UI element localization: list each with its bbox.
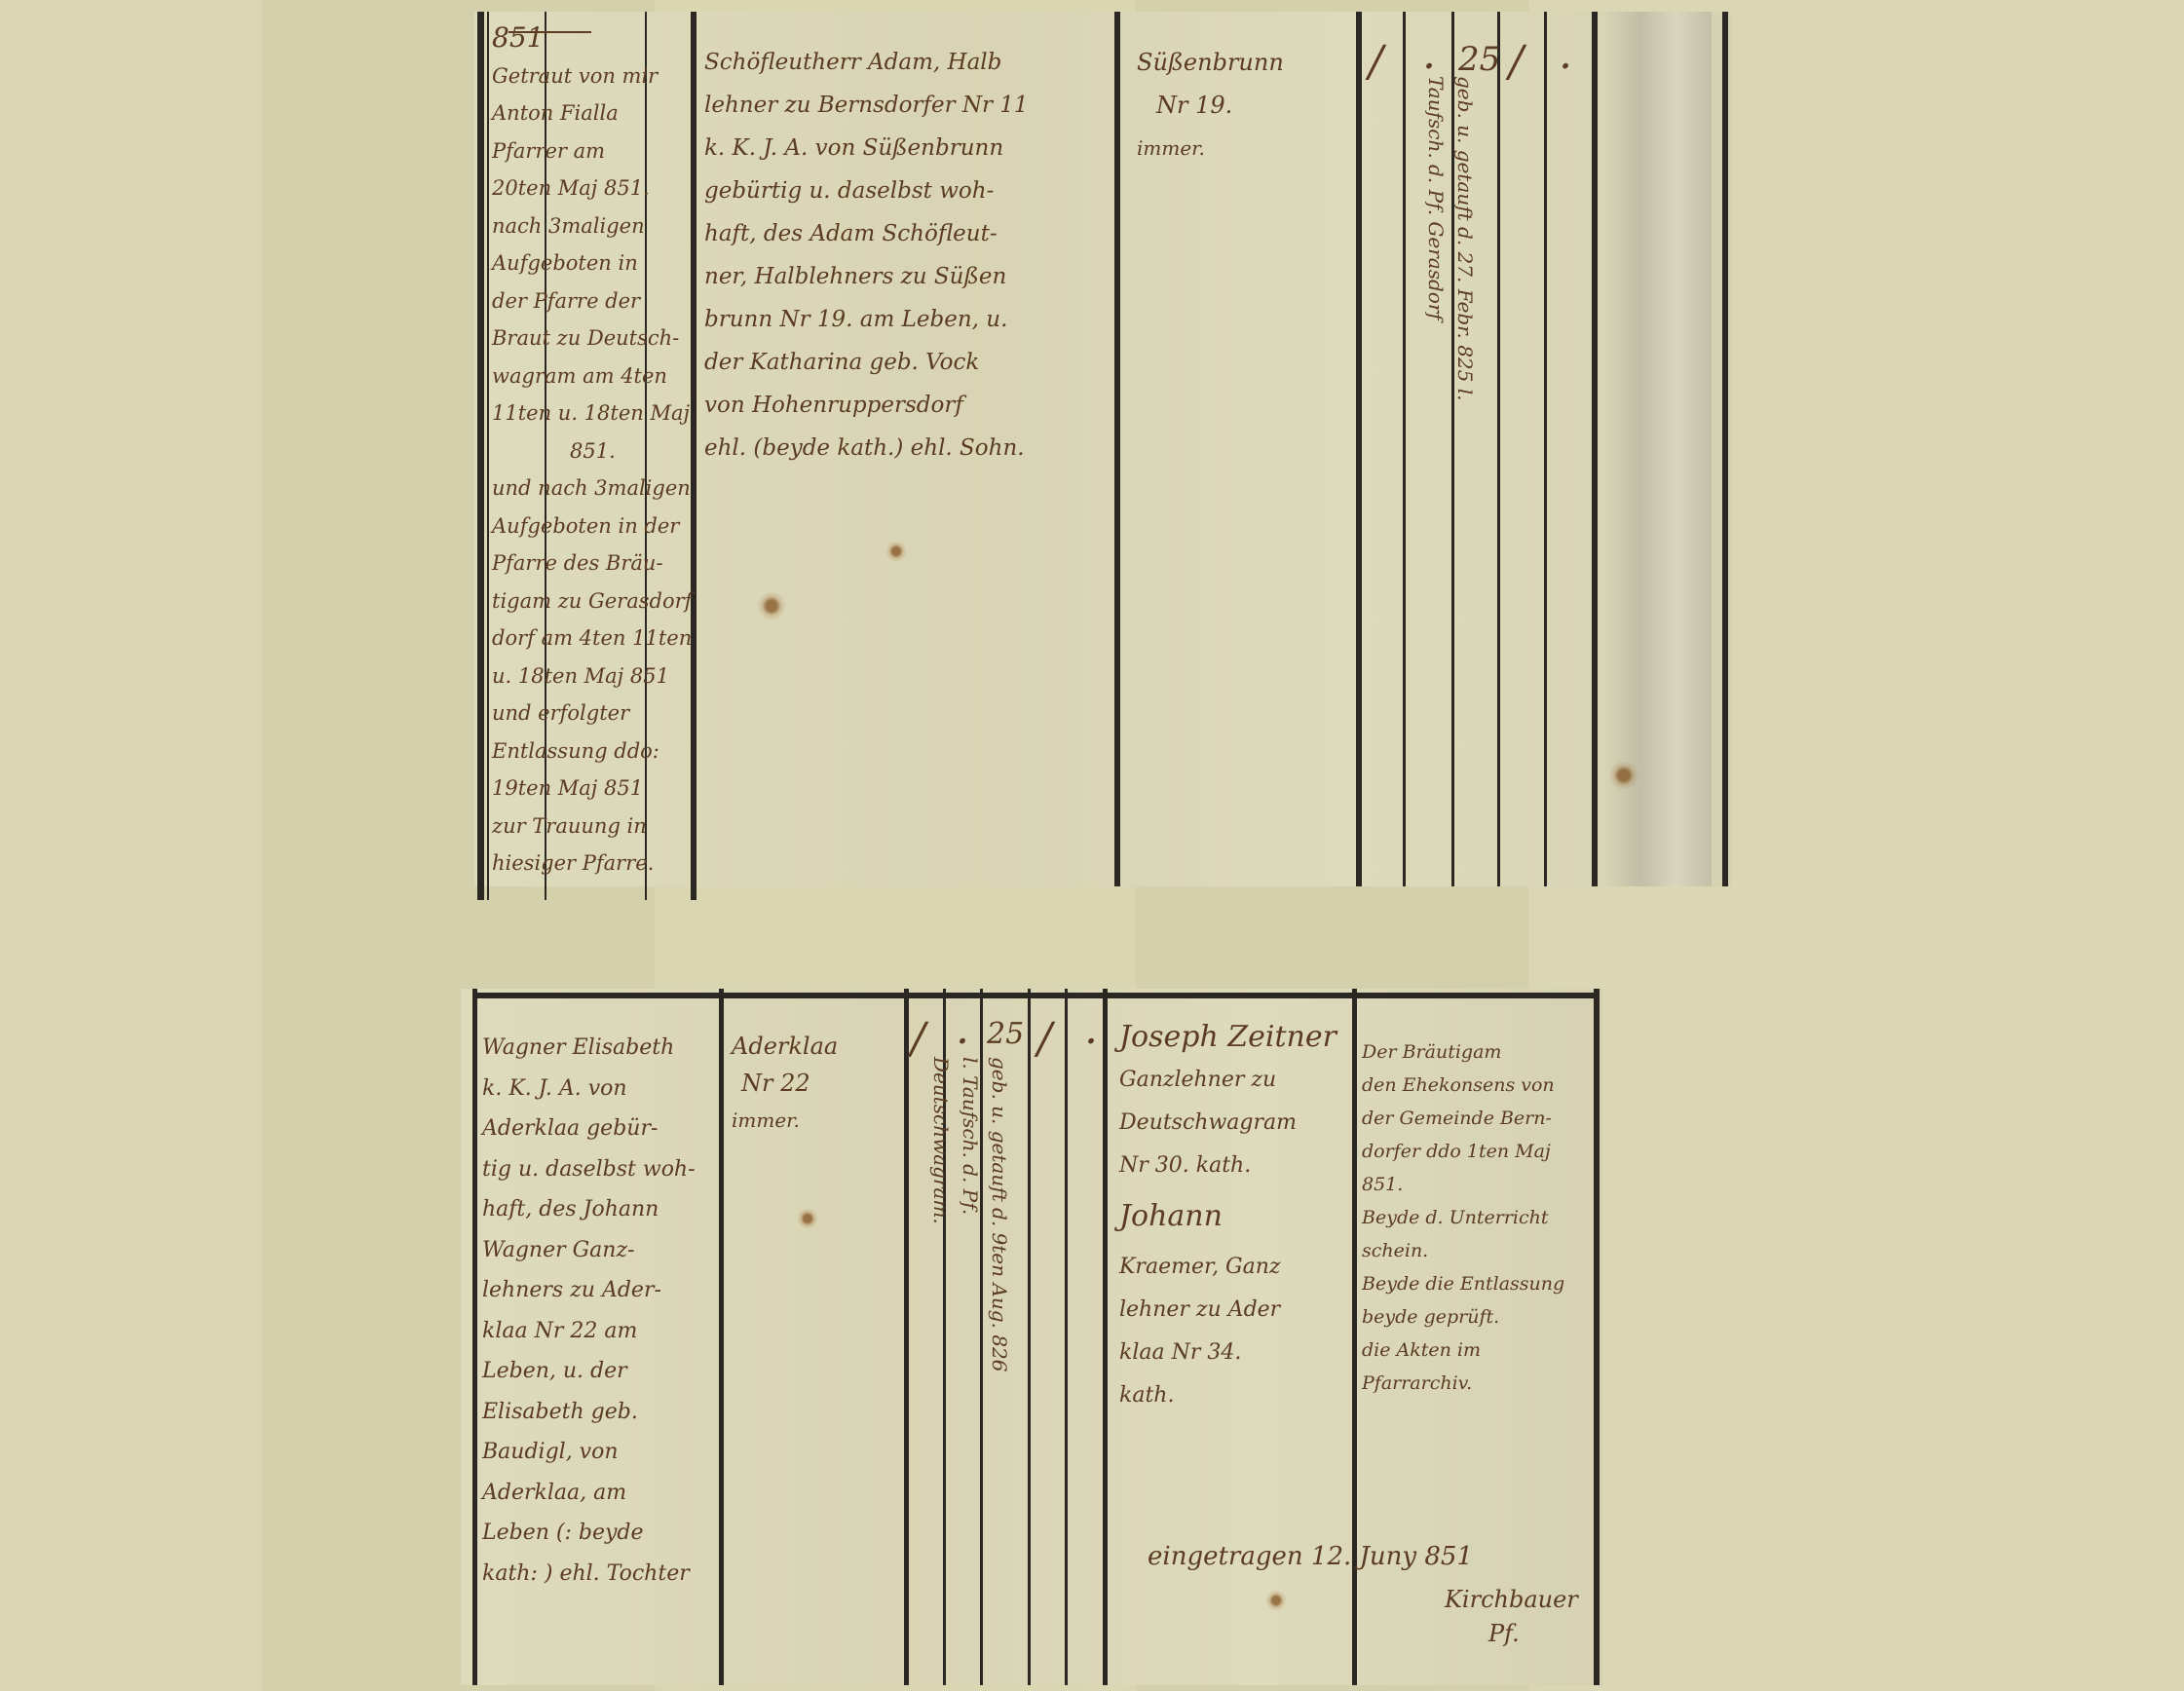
line: klaa Nr 34. (1119, 1332, 1348, 1374)
column-rule (1403, 12, 1406, 886)
line: Wagner Elisabeth (482, 1028, 716, 1069)
line: der Katharina geb. Vock (704, 341, 1109, 384)
line: Der Bräutigam (1362, 1035, 1592, 1069)
column-rule (1722, 12, 1728, 886)
line: haft, des Adam Schöfleut- (704, 212, 1109, 255)
line: lehner zu Bernsdorfer Nr 11 (704, 84, 1109, 127)
line: Beyde d. Unterricht (1362, 1201, 1592, 1234)
line: kath: ) ehl. Tochter (482, 1554, 716, 1595)
line: wagram am 4ten (492, 357, 692, 395)
religion-other-mark: . (956, 1008, 969, 1051)
column-rule (1114, 12, 1120, 886)
line: immer. (1137, 127, 1351, 169)
line: nach 3maligen (492, 207, 692, 245)
line: Baudigl, von (482, 1432, 716, 1473)
column-rule (1065, 989, 1068, 1685)
line: Braut zu Deutsch- (492, 319, 692, 357)
line: dorfer ddo 1ten Maj (1362, 1135, 1592, 1168)
paper-stain (1607, 762, 1640, 789)
marriage-info-text: 851 Getraut von mir Anton Fialla Pfarrer… (492, 19, 692, 883)
line: und nach 3maligen (492, 470, 692, 507)
column-rule (1028, 989, 1031, 1685)
religion-other-mark: . (1422, 33, 1436, 76)
line: der Pfarre der (492, 282, 692, 320)
column-rule (487, 12, 489, 900)
paper-stain (757, 591, 786, 620)
remarks-text: Der Bräutigam den Ehekonsens von der Gem… (1362, 1035, 1592, 1400)
line: und erfolgter (492, 695, 692, 733)
entry-date-note: eingetragen 12. Juny 851 (1148, 1544, 1473, 1569)
line: Nr 30. kath. (1119, 1145, 1348, 1187)
line: Schöfleutherr Adam, Halb (704, 41, 1109, 84)
line: Entlassung ddo: (492, 733, 692, 770)
line: schein. (1362, 1234, 1592, 1267)
line: Leben (: beyde (482, 1513, 716, 1554)
single-mark: / (1509, 41, 1524, 84)
line: der Gemeinde Bern- (1362, 1102, 1592, 1135)
baptism-note: geb. u. getauft d. 9ten Aug. 826 l. Tauf… (926, 1057, 1014, 1388)
line: Elisabeth geb. (482, 1392, 716, 1433)
line: ehl. (beyde kath.) ehl. Sohn. (704, 427, 1109, 470)
groom-residence-text: Süßenbrunn Nr 19. immer. (1137, 41, 1351, 169)
widowed-mark: . (1084, 1008, 1098, 1051)
line: kath. (1119, 1374, 1348, 1417)
age-value: 25 (1458, 43, 1500, 76)
groom-details-text: Schöfleutherr Adam, Halb lehner zu Berns… (704, 41, 1109, 470)
line: Süßenbrunn (1137, 41, 1351, 84)
religion-mark: / (1369, 41, 1383, 84)
line: lehner zu Ader (1119, 1289, 1348, 1332)
line: tig u. daselbst woh- (482, 1149, 716, 1190)
line: Joseph Zeitner (1119, 1016, 1348, 1059)
line: hiesiger Pfarre. (492, 845, 692, 883)
pastor-title: Pf. (1488, 1622, 1520, 1645)
line: dorf am 4ten 11ten (492, 620, 692, 658)
line: zur Trauung in (492, 808, 692, 845)
line: k. K. J. A. von Süßenbrunn (704, 127, 1109, 169)
line: klaa Nr 22 am (482, 1311, 716, 1352)
line: lehners zu Ader- (482, 1270, 716, 1311)
top-border-rule (472, 993, 1598, 998)
line: Ganzlehner zu (1119, 1059, 1348, 1102)
column-rule (1103, 989, 1108, 1685)
date-underline (508, 31, 591, 33)
single-mark: / (1037, 1018, 1052, 1061)
paper-stain (797, 1208, 818, 1229)
line: Leben, u. der (482, 1351, 716, 1392)
line: Aderklaa (732, 1028, 902, 1065)
column-rule (1497, 12, 1500, 886)
line: Nr 19. (1137, 84, 1351, 127)
line: beyde geprüft. (1362, 1300, 1592, 1334)
line: 19ten Maj 851 (492, 770, 692, 808)
line: Johann (1119, 1187, 1348, 1246)
line: k. K. J. A. von (482, 1069, 716, 1109)
line: 20ten Maj 851. (492, 169, 692, 207)
top-register-page: 851 Getraut von mir Anton Fialla Pfarrer… (474, 12, 1731, 886)
paper-stain (885, 541, 907, 562)
line: Kraemer, Ganz (1119, 1246, 1348, 1289)
column-rule (477, 12, 484, 900)
line: Deutschwagram (1119, 1102, 1348, 1145)
line: von Hohenruppersdorf (704, 384, 1109, 427)
page-fold-shadow (1604, 12, 1712, 886)
line: tigam zu Gerasdorf (492, 582, 692, 620)
line: 851. (1362, 1168, 1592, 1201)
line: Aufgeboten in der (492, 507, 692, 545)
line: ner, Halblehners zu Süßen (704, 255, 1109, 298)
line: Getraut von mir (492, 57, 692, 95)
column-rule (719, 989, 724, 1685)
line: u. 18ten Maj 851 (492, 658, 692, 695)
pastor-signature: Kirchbauer (1445, 1588, 1578, 1611)
widowed-mark: . (1559, 33, 1572, 76)
line: Aderklaa gebür- (482, 1109, 716, 1149)
column-rule (1594, 989, 1600, 1685)
line: Wagner Ganz- (482, 1230, 716, 1271)
line: Beyde die Entlassung (1362, 1267, 1592, 1300)
column-rule (472, 989, 477, 1685)
column-rule (1592, 12, 1598, 886)
line: Pfarrarchiv. (1362, 1367, 1592, 1400)
line: 11ten u. 18ten Maj (492, 395, 692, 432)
age-value: 25 (987, 1020, 1024, 1049)
bride-residence-text: Aderklaa Nr 22 immer. (732, 1028, 902, 1139)
column-rule (904, 989, 909, 1685)
line: Aufgeboten in (492, 244, 692, 282)
column-rule (1352, 989, 1357, 1685)
line: den Ehekonsens von (1362, 1069, 1592, 1102)
line: haft, des Johann (482, 1189, 716, 1230)
line: Pfarrer am (492, 132, 692, 170)
line: Aderklaa, am (482, 1473, 716, 1514)
line: brunn Nr 19. am Leben, u. (704, 298, 1109, 341)
column-rule (1544, 12, 1547, 886)
column-rule (1356, 12, 1362, 886)
line: gebürtig u. daselbst woh- (704, 169, 1109, 212)
bride-details-text: Wagner Elisabeth k. K. J. A. von Aderkla… (482, 1028, 716, 1594)
line: Nr 22 (732, 1065, 902, 1102)
bottom-register-page: Wagner Elisabeth k. K. J. A. von Aderkla… (461, 989, 1603, 1685)
line: immer. (732, 1102, 902, 1139)
line: 851 (492, 19, 692, 57)
line: Anton Fialla (492, 94, 692, 132)
line: die Akten im (1362, 1334, 1592, 1367)
line: Pfarre des Bräu- (492, 545, 692, 582)
witnesses-text: Joseph Zeitner Ganzlehner zu Deutschwagr… (1119, 1016, 1348, 1417)
line: 851. (492, 432, 692, 470)
religion-mark: / (911, 1018, 925, 1061)
baptism-note: geb. u. getauft d. 27. Febr. 825 l. Tauf… (1421, 76, 1480, 446)
paper-stain (1265, 1590, 1287, 1611)
